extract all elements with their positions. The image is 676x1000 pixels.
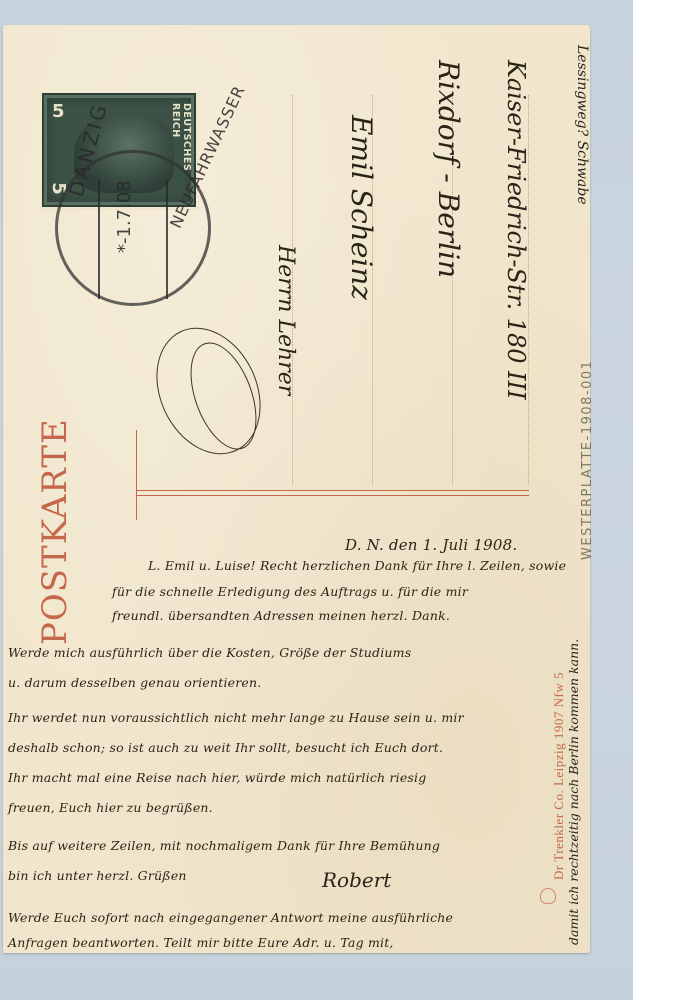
message-line: L. Emil u. Luise! Recht herzlichen Dank … (148, 558, 566, 573)
postcard-title: POSTKARTE (38, 418, 72, 645)
address-note: Lessingweg? Schwabe (574, 45, 590, 205)
postscript-line: Werde Euch sofort nach eingegangener Ant… (8, 910, 453, 925)
printed-rule-horizontal (137, 490, 529, 491)
message-line: freuen, Euch hier zu begrüßen. (8, 800, 213, 815)
message-line: für die schnelle Erledigung des Auftrags… (112, 584, 468, 599)
stamp-value: 5 (52, 101, 65, 122)
address-line: Rixdorf - Berlin (432, 60, 465, 278)
message-line: bin ich unter herzl. Grüßen (8, 868, 187, 883)
publisher-imprint: Dr Trenkler Co. Leipzig 1907 Nfw 5 (551, 672, 567, 880)
signature: Robert (322, 868, 391, 892)
publisher-logo-icon (540, 888, 556, 904)
message-line: deshalb schon; so ist auch zu weit Ihr s… (8, 740, 443, 755)
address-line: Kaiser-Friedrich-Str. 180 III (502, 60, 530, 400)
postmark-date: *-1.7.08 (114, 180, 135, 253)
message-date: D. N. den 1. Juli 1908. (345, 536, 517, 554)
printed-rule-vertical (136, 430, 137, 520)
message-line: Ihr macht mal eine Reise nach hier, würd… (8, 770, 426, 785)
margin-note: damit ich rechtzeitig nach Berlin kommen… (566, 639, 581, 945)
message-line: Werde mich ausführlich über die Kosten, … (8, 645, 411, 660)
archive-label: WESTERPLATTE-1908-001 (580, 360, 595, 560)
message-line: u. darum desselben genau orientieren. (8, 675, 261, 690)
printed-rule-horizontal (137, 495, 529, 496)
postscript-line: Anfragen beantworten. Teilt mir bitte Eu… (8, 935, 394, 950)
postmark: DANZIG *-1.7.08 NEUFAHRWASSER (55, 150, 211, 306)
message-line: Bis auf weitere Zeilen, mit nochmaligem … (8, 838, 440, 853)
address-line: Emil Scheinz (345, 115, 378, 300)
message-line: freundl. übersandten Adressen meinen her… (112, 608, 450, 623)
message-line: Ihr werdet nun voraussichtlich nicht meh… (8, 710, 464, 725)
address-line: Herrn Lehrer (273, 245, 298, 395)
